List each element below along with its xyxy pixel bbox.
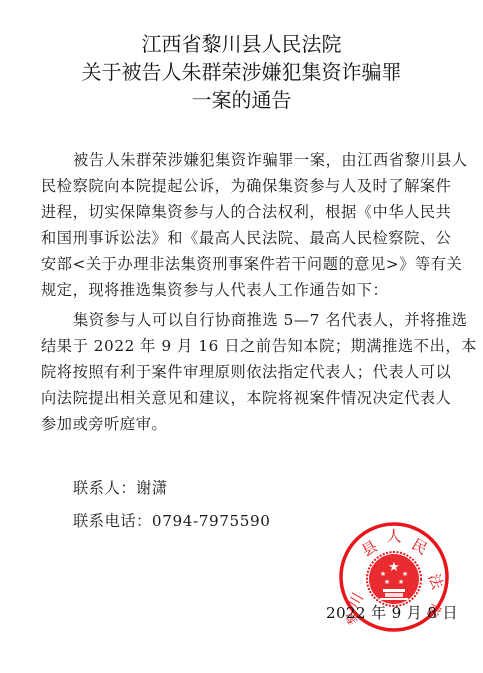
svg-text:★: ★ — [388, 560, 400, 575]
notice-title-line1: 关于被告人朱群荣涉嫌犯集资诈骗罪 — [0, 58, 483, 86]
paragraph-line: 安部<关于办理非法集资刑事案件若干问题的意见>》等有关 — [41, 251, 441, 277]
notice-body: 被告人朱群荣涉嫌犯集资诈骗罪一案，由江西省黎川县人 民检察院向本院提起公诉，为确… — [41, 147, 441, 437]
contact-phone: 联系电话：0794-7975590 — [73, 508, 271, 534]
paragraph-line: 民检察院向本院提起公诉，为确保集资参与人及时了解案件 — [41, 173, 441, 199]
contact-person: 联系人：谢潇 — [73, 475, 168, 501]
paragraph-line: 和国刑事诉讼法》和《最高人民法院、最高人民检察院、公 — [41, 225, 441, 251]
notice-date: 2022 年 9 月 8 日 — [326, 602, 458, 624]
svg-text:民: 民 — [408, 535, 430, 558]
paragraph-line: 向法院提出相关意见和建议，本院将视案件情况决定代表人 — [41, 385, 441, 411]
paragraph-line: 参加或旁听庭审。 — [41, 411, 441, 437]
svg-text:★: ★ — [380, 570, 386, 578]
svg-text:人: 人 — [386, 527, 401, 545]
national-emblem-icon: ★ ★ ★ ★ ★ — [367, 552, 421, 606]
court-name: 江西省黎川县人民法院 — [0, 30, 483, 58]
notice-title-line2: 一案的通告 — [0, 86, 483, 114]
paragraph-2: 集资参与人可以自行协商推选 5—7 名代表人，并将推选 结果于 2022 年 9… — [41, 307, 441, 437]
paragraph-line: 院将按照有利于案件审理原则依法指定代表人；代表人可以 — [41, 359, 441, 385]
paragraph-line: 被告人朱群荣涉嫌犯集资诈骗罪一案，由江西省黎川县人 — [41, 147, 441, 173]
paragraph-line: 规定，现将推选集资参与人代表人工作通告如下： — [41, 277, 441, 303]
paragraph-line: 集资参与人可以自行协商推选 5—7 名代表人，并将推选 — [41, 307, 441, 333]
svg-text:★: ★ — [398, 578, 404, 586]
svg-text:★: ★ — [402, 570, 408, 578]
svg-text:法: 法 — [425, 571, 447, 592]
svg-text:★: ★ — [384, 578, 390, 586]
paragraph-line: 结果于 2022 年 9 月 16 日之前告知本院；期满推选不出，本 — [41, 333, 441, 359]
paragraph-line: 进程，切实保障集资参与人的合法权利，根据《中华人民共 — [41, 199, 441, 225]
paragraph-1: 被告人朱群荣涉嫌犯集资诈骗罪一案，由江西省黎川县人 民检察院向本院提起公诉，为确… — [41, 147, 441, 303]
